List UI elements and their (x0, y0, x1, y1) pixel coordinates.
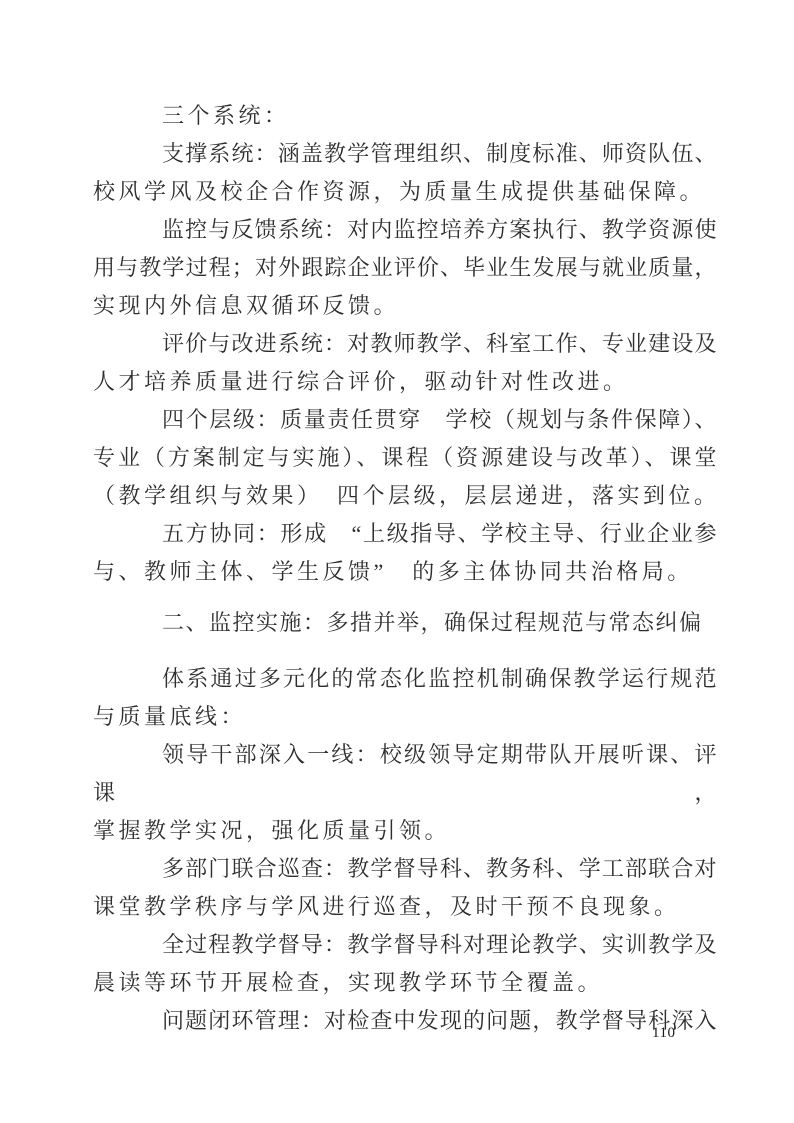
body-line: 与、教师主体、学生反馈” 的多主体协同共治格局。 (93, 553, 717, 591)
body-line: 四个层级：质量责任贯穿 学校（规划与条件保障）、 (93, 401, 717, 439)
page-number: 110 (652, 1024, 675, 1042)
body-line: 晨读等环节开展检查，实现教学环节全覆盖。 (93, 964, 717, 1002)
body-line: 全过程教学督导：教学督导科对理论教学、实训教学及 (93, 926, 717, 964)
section-heading: 二、监控实施：多措并举，确保过程规范与常态纠偏 (93, 604, 717, 642)
body-line: 实现内外信息双循环反馈。 (93, 287, 717, 325)
body-line: 三个系统： (93, 97, 717, 135)
body-line: 体系通过多元化的常态化监控机制确保教学运行规范 (93, 660, 717, 698)
body-line: 与质量底线： (93, 698, 717, 736)
body-line: 评价与改进系统：对教师教学、科室工作、专业建设及 (93, 325, 717, 363)
body-line: 领导干部深入一线：校级领导定期带队开展听课、评课， (93, 736, 717, 812)
document-body: 三个系统： 支撑系统：涵盖教学管理组织、制度标准、师资队伍、 校风学风及校企合作… (93, 97, 717, 1040)
document-page: 三个系统： 支撑系统：涵盖教学管理组织、制度标准、师资队伍、 校风学风及校企合作… (0, 0, 794, 1123)
body-line: 监控与反馈系统：对内监控培养方案执行、教学资源使 (93, 211, 717, 249)
body-line: 多部门联合巡查：教学督导科、教务科、学工部联合对 (93, 850, 717, 888)
body-line: 课堂教学秩序与学风进行巡查，及时干预不良现象。 (93, 888, 717, 926)
body-line: （教学组织与效果） 四个层级，层层递进，落实到位。 (93, 477, 717, 515)
body-line: 支撑系统：涵盖教学管理组织、制度标准、师资队伍、 (93, 135, 717, 173)
body-line: 五方协同：形成 “上级指导、学校主导、行业企业参 (93, 515, 717, 553)
body-line: 校风学风及校企合作资源，为质量生成提供基础保障。 (93, 173, 717, 211)
body-line: 掌握教学实况，强化质量引领。 (93, 812, 717, 850)
body-line: 用与教学过程；对外跟踪企业评价、毕业生发展与就业质量， (93, 249, 717, 287)
body-line: 人才培养质量进行综合评价，驱动针对性改进。 (93, 363, 717, 401)
body-line: 问题闭环管理：对检查中发现的问题，教学督导科深入 (93, 1002, 717, 1040)
body-line: 专业（方案制定与实施）、课程（资源建设与改革）、课堂 (93, 439, 717, 477)
